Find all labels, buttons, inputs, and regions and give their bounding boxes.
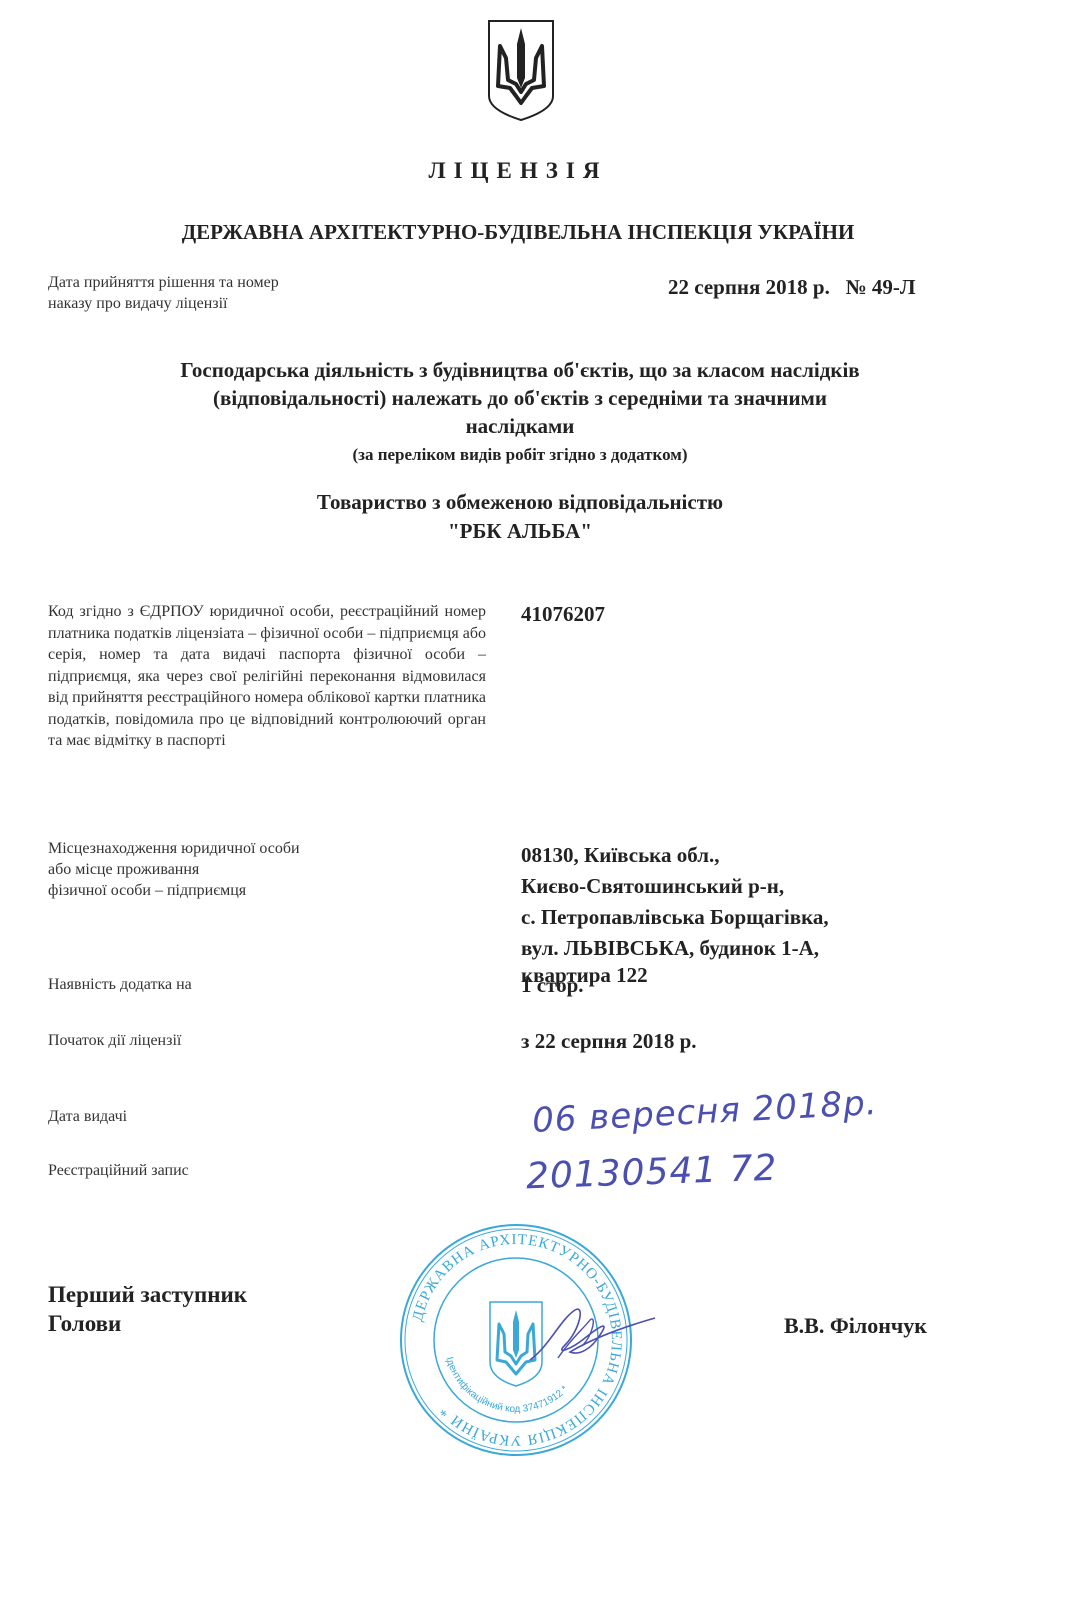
location-line3: с. Петропавлівська Борщагівка, [521, 902, 829, 933]
registry-handwritten: 20130541 72 [525, 1148, 778, 1198]
location-line2: Києво-Святошинський р-н, [521, 871, 829, 902]
signatory-name: В.В. Філончук [784, 1311, 927, 1340]
location-label-line1: Місцезнаходження юридичної особи [48, 838, 300, 859]
licensee-line2: "РБК АЛЬБА" [60, 517, 980, 546]
location-line1: 08130, Київська обл., [521, 840, 829, 871]
decision-label: Дата прийняття рішення та номер наказу п… [48, 272, 279, 314]
position-line1: Перший заступник [48, 1280, 247, 1309]
location-value: 08130, Київська обл., Києво-Святошинськи… [521, 840, 829, 986]
licensee-line1: Товариство з обмеженою відповідальністю [60, 488, 980, 517]
licensee-name: Товариство з обмеженою відповідальністю … [60, 488, 980, 546]
start-value: з 22 серпня 2018 р. [521, 1028, 697, 1055]
coat-of-arms-icon [486, 18, 556, 123]
activity-line1: Господарська діяльність з будівництва об… [60, 356, 980, 384]
issuer-name: ДЕРЖАВНА АРХІТЕКТУРНО-БУДІВЕЛЬНА ІНСПЕКЦ… [0, 220, 1036, 245]
location-label-line3: фізичної особи – підприємця [48, 880, 300, 901]
issue-date-handwritten: 06 вересня 2018р. [531, 1083, 878, 1141]
activity-line2: (відповідальності) належать до об'єктів … [60, 384, 980, 412]
edrpou-label: Код згідно з ЄДРПОУ юридичної особи, реє… [48, 601, 486, 752]
decision-label-line1: Дата прийняття рішення та номер [48, 272, 279, 293]
signature-scribble [520, 1290, 660, 1370]
location-line4: вул. ЛЬВІВСЬКА, будинок 1-А, [521, 933, 829, 964]
location-label: Місцезнаходження юридичної особи або міс… [48, 838, 300, 901]
start-label: Початок дії ліцензії [48, 1030, 181, 1051]
issue-date-label: Дата видачі [48, 1106, 127, 1127]
appendix-value: 1 стор. [521, 972, 584, 999]
activity-line3: наслідками [60, 412, 980, 440]
activity-note: (за переліком видів робіт згідно з додат… [60, 445, 980, 465]
decision-value: 22 серпня 2018 р. № 49-Л [668, 274, 916, 301]
appendix-label: Наявність додатка на [48, 974, 192, 995]
signatory-position: Перший заступник Голови [48, 1280, 247, 1338]
decision-date: 22 серпня 2018 р. [668, 275, 830, 299]
decision-label-line2: наказу про видачу ліцензії [48, 293, 279, 314]
location-label-line2: або місце проживання [48, 859, 300, 880]
position-line2: Голови [48, 1309, 247, 1338]
activity-description: Господарська діяльність з будівництва об… [60, 356, 980, 440]
decision-number: № 49-Л [846, 275, 916, 299]
edrpou-value: 41076207 [521, 601, 605, 628]
registry-label: Реєстраційний запис [48, 1160, 189, 1181]
document-title: ЛІЦЕНЗІЯ [0, 158, 1036, 184]
